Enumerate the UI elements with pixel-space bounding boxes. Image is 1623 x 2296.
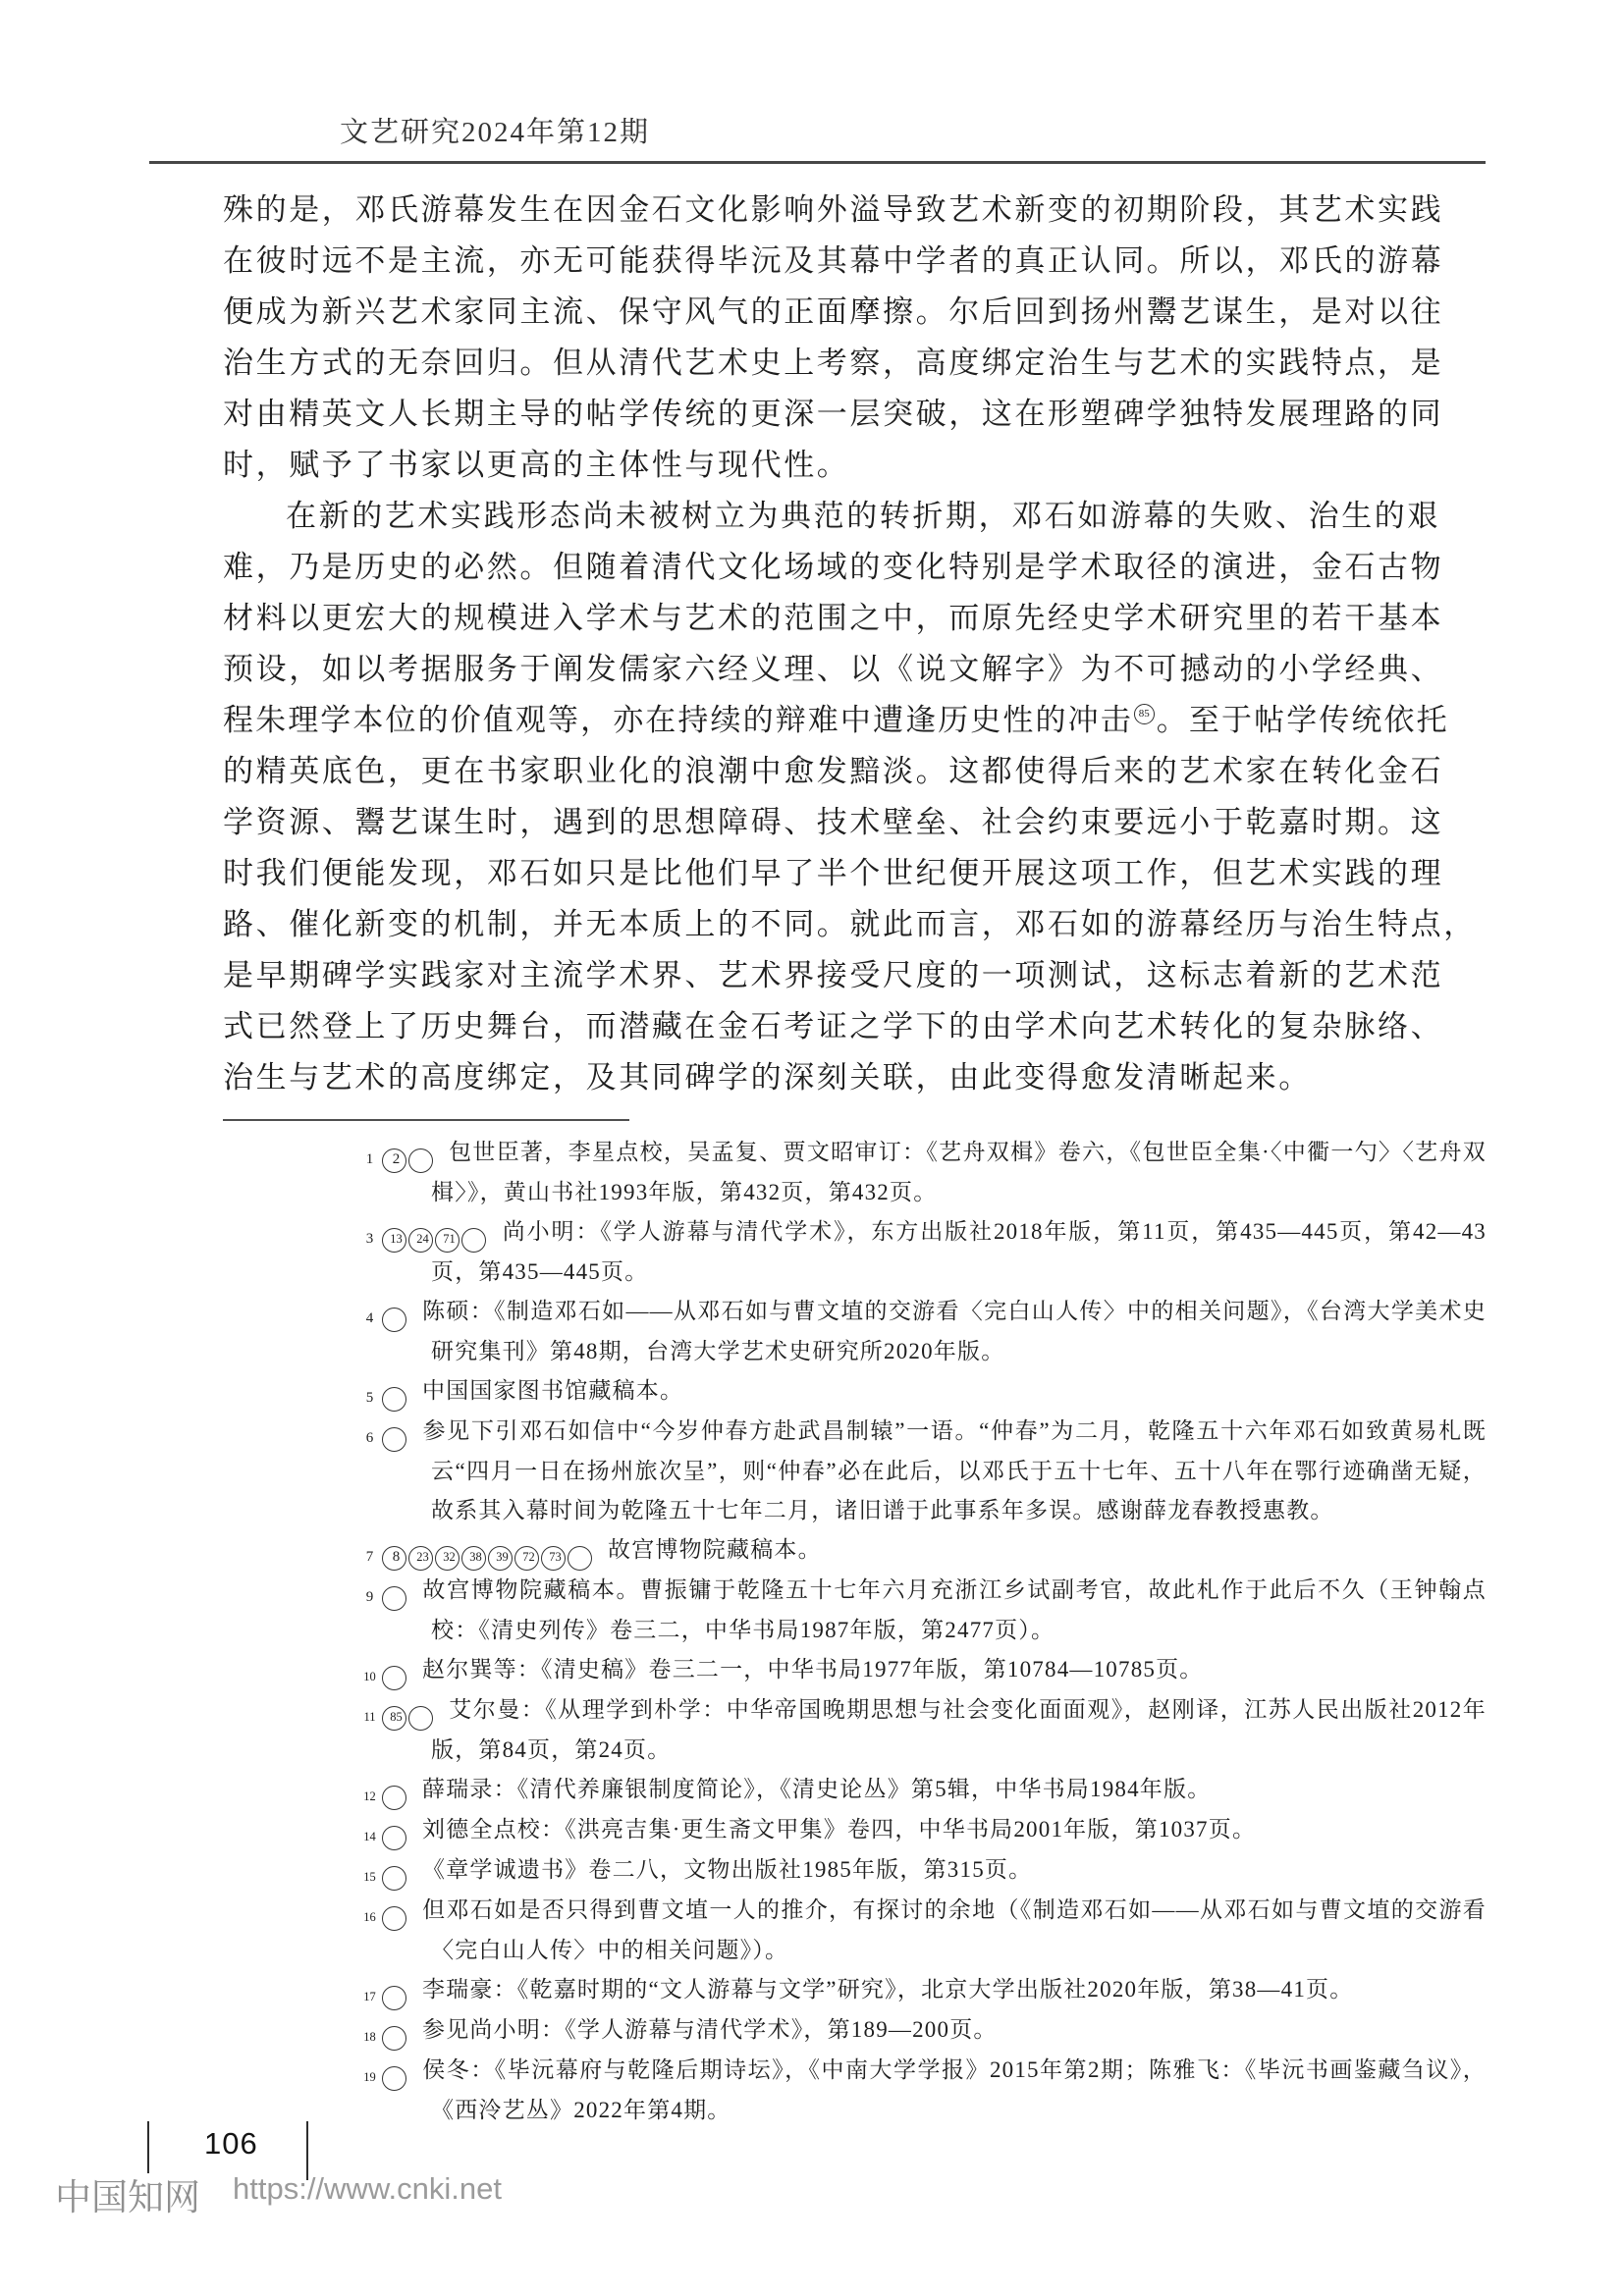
- footnote-text: 赵尔巽等：《清史稿》卷三二一，中华书局1977年版，第10784—10785页。: [422, 1657, 1204, 1682]
- footnote-number-circle: 4: [382, 1308, 406, 1332]
- body-line: 便成为新兴艺术家同主流、保守风气的正面摩擦。尔后回到扬州鬻艺谋生，是对以往: [223, 287, 1491, 338]
- footnote-number-circle: 6: [382, 1427, 406, 1452]
- footnote: 78233238397273故宫博物院藏稿本。: [382, 1530, 1487, 1571]
- footnote-text: 刘德全点校：《洪亮吉集·更生斋文甲集》卷四，中华书局2001年版，第1037页。: [422, 1817, 1256, 1842]
- footnote-number-circle: 2: [408, 1148, 433, 1173]
- footnote: 1185艾尔曼：《从理学到朴学：中华帝国晚期思想与社会变化面面观》，赵刚译，江苏…: [382, 1690, 1487, 1770]
- footnote: 18参见尚小明：《学人游幕与清代学术》，第189—200页。: [382, 2010, 1487, 2051]
- body-line: 学资源、鬻艺谋生时，遇到的思想障碍、技术壁垒、社会约束要远小于乾嘉时期。这: [223, 797, 1491, 848]
- body-text: 殊的是，邓氏游幕发生在因金石文化影响外溢导致艺术新变的初期阶段，其艺术实践在彼时…: [223, 185, 1491, 1103]
- footnote-number-circle: 12: [382, 1786, 406, 1810]
- footnote-number-circle: 16: [382, 1906, 406, 1931]
- footnote-text: 艾尔曼：《从理学到朴学：中华帝国晚期思想与社会变化面面观》，赵刚译，江苏人民出版…: [431, 1697, 1487, 1762]
- footnote-markers: 19: [382, 2057, 408, 2082]
- body-line: 难，乃是历史的必然。但随着清代文化场域的变化特别是学术取径的演进，金石古物: [223, 542, 1491, 593]
- footnote-markers: 14: [382, 1817, 408, 1842]
- footnote-text: 参见尚小明：《学人游幕与清代学术》，第189—200页。: [422, 2017, 998, 2042]
- footnote-text: 薛瑞录：《清代养廉银制度简论》，《清史论丛》第5辑，中华书局1984年版。: [422, 1777, 1211, 1801]
- footnote-markers: 3132471: [382, 1219, 488, 1244]
- footnote-number-circle: 10: [382, 1666, 406, 1690]
- footnote-text: 中国国家图书馆藏稿本。: [422, 1378, 683, 1403]
- footnotes: 12包世臣著，李星点校，吴孟复、贾文昭审订：《艺舟双楫》卷六，《包世臣全集·〈中…: [382, 1133, 1487, 2130]
- footnote-number-circle: 14: [382, 1826, 406, 1850]
- body-line: 时，赋予了书家以更高的主体性与现代性。: [223, 440, 1491, 491]
- footnote-markers: 78233238397273: [382, 1537, 594, 1562]
- footnote-text: 《章学诚遗书》卷二八，文物出版社1985年版，第315页。: [422, 1857, 1032, 1882]
- body-line: 时我们便能发现，邓石如只是比他们早了半个世纪便开展这项工作，但艺术实践的理: [223, 848, 1491, 899]
- footnote: 12薛瑞录：《清代养廉银制度简论》，《清史论丛》第5辑，中华书局1984年版。: [382, 1770, 1487, 1810]
- footnote: 3132471尚小明：《学人游幕与清代学术》，东方出版社2018年版，第11页，…: [382, 1212, 1487, 1292]
- body-line: 在新的艺术实践形态尚未被树立为典范的转折期，邓石如游幕的失败、治生的艰: [223, 491, 1491, 542]
- footnote-number-circle: 5: [382, 1387, 406, 1412]
- footnote: 14刘德全点校：《洪亮吉集·更生斋文甲集》卷四，中华书局2001年版，第1037…: [382, 1810, 1487, 1850]
- footnote: 9故宫博物院藏稿本。曹振镛于乾隆五十七年六月充浙江乡试副考官，故此札作于此后不久…: [382, 1571, 1487, 1650]
- footnote-text: 李瑞豪：《乾嘉时期的“文人游幕与文学”研究》，北京大学出版社2020年版，第38…: [422, 1977, 1353, 2002]
- footnote-markers: 10: [382, 1657, 408, 1682]
- footnote-markers: 9: [382, 1577, 408, 1602]
- footnote-markers: 6: [382, 1418, 408, 1443]
- footnote: 12包世臣著，李星点校，吴孟复、贾文昭审订：《艺舟双楫》卷六，《包世臣全集·〈中…: [382, 1133, 1487, 1212]
- footnote-text: 侯冬：《毕沅幕府与乾隆后期诗坛》，《中南大学学报》2015年第2期；陈雅飞：《毕…: [422, 2057, 1487, 2122]
- journal-header-line: 文艺研究2024年第12期: [340, 110, 650, 150]
- footnote-markers: 4: [382, 1299, 408, 1323]
- footnote-number-circle: 9: [382, 1586, 406, 1611]
- footnote: 4陈硕：《制造邓石如——从邓石如与曹文埴的交游看〈完白山人传〉中的相关问题》，《…: [382, 1292, 1487, 1371]
- body-line: 治生方式的无奈回归。但从清代艺术史上考察，高度绑定治生与艺术的实践特点，是: [223, 338, 1491, 389]
- body-line: 殊的是，邓氏游幕发生在因金石文化影响外溢导致艺术新变的初期阶段，其艺术实践: [223, 185, 1491, 236]
- cnki-watermark-brand: 中国知网: [55, 2167, 200, 2220]
- footnote-number-circle: 17: [382, 1986, 406, 2010]
- footnote-text: 但邓石如是否只得到曹文埴一人的推介，有探讨的余地（《制造邓石如——从邓石如与曹文…: [422, 1897, 1487, 1962]
- footnote-text: 尚小明：《学人游幕与清代学术》，东方出版社2018年版，第11页，第435—44…: [431, 1219, 1487, 1284]
- cnki-watermark-url: https://www.cnki.net: [233, 2171, 502, 2207]
- footnote-text: 陈硕：《制造邓石如——从邓石如与曹文埴的交游看〈完白山人传〉中的相关问题》，《台…: [422, 1299, 1487, 1363]
- footnote-number-circle: 19: [382, 2066, 406, 2091]
- header-rule: [149, 161, 1486, 164]
- footnote-markers: 12: [382, 1140, 435, 1164]
- footnote-number-circle: 71: [461, 1228, 486, 1253]
- body-line: 治生与艺术的高度绑定，及其同碑学的深刻关联，由此变得愈发清晰起来。: [223, 1052, 1491, 1103]
- body-line: 预设，如以考据服务于阐发儒家六经义理、以《说文解字》为不可撼动的小学经典、: [223, 644, 1491, 695]
- page-number: 106: [204, 2126, 258, 2162]
- footnote: 16但邓石如是否只得到曹文埴一人的推介，有探讨的余地（《制造邓石如——从邓石如与…: [382, 1891, 1487, 1970]
- footnote: 5中国国家图书馆藏稿本。: [382, 1371, 1487, 1412]
- footnote-markers: 1185: [382, 1697, 435, 1722]
- footnote-markers: 5: [382, 1378, 408, 1403]
- footnote-markers: 16: [382, 1897, 408, 1922]
- footnote-ref-circle: 85: [1134, 704, 1155, 724]
- footnote: 6参见下引邓石如信中“今岁仲春方赴武昌制辕”一语。“仲春”为二月，乾隆五十六年邓…: [382, 1412, 1487, 1530]
- body-line: 是早期碑学实践家对主流学术界、艺术界接受尺度的一项测试，这标志着新的艺术范: [223, 950, 1491, 1001]
- footnote-separator-rule: [223, 1119, 629, 1121]
- body-line: 材料以更宏大的规模进入学术与艺术的范围之中，而原先经史学术研究里的若干基本: [223, 593, 1491, 644]
- footnote-text: 参见下引邓石如信中“今岁仲春方赴武昌制辕”一语。“仲春”为二月，乾隆五十六年邓石…: [422, 1418, 1487, 1522]
- footnote-number-circle: 85: [408, 1706, 433, 1731]
- body-line: 对由精英文人长期主导的帖学传统的更深一层突破，这在形塑碑学独特发展理路的同: [223, 389, 1491, 440]
- body-line: 式已然登上了历史舞台，而潜藏在金石考证之学下的由学术向艺术转化的复杂脉络、: [223, 1001, 1491, 1052]
- footnote: 19侯冬：《毕沅幕府与乾隆后期诗坛》，《中南大学学报》2015年第2期；陈雅飞：…: [382, 2051, 1487, 2130]
- footnote-markers: 15: [382, 1857, 408, 1882]
- body-line: 程朱理学本位的价值观等，亦在持续的辩难中遭逢历史性的冲击85。至于帖学传统依托: [223, 695, 1491, 746]
- journal-page: 文艺研究2024年第12期 殊的是，邓氏游幕发生在因金石文化影响外溢导致艺术新变…: [0, 0, 1623, 2296]
- footnote-markers: 12: [382, 1777, 408, 1801]
- footnote: 10赵尔巽等：《清史稿》卷三二一，中华书局1977年版，第10784—10785…: [382, 1650, 1487, 1690]
- footnote-number-circle: 15: [382, 1866, 406, 1891]
- footnote-number-circle: 73: [568, 1546, 592, 1571]
- body-line: 路、催化新变的机制，并无本质上的不同。就此而言，邓石如的游幕经历与治生特点，: [223, 899, 1491, 950]
- footnote-text: 包世臣著，李星点校，吴孟复、贾文昭审订：《艺舟双楫》卷六，《包世臣全集·〈中衢一…: [431, 1140, 1487, 1204]
- footnote: 17李瑞豪：《乾嘉时期的“文人游幕与文学”研究》，北京大学出版社2020年版，第…: [382, 1970, 1487, 2010]
- body-line: 在彼时远不是主流，亦无可能获得毕沅及其幕中学者的真正认同。所以，邓氏的游幕: [223, 236, 1491, 287]
- footnote-number-circle: 18: [382, 2026, 406, 2051]
- footnote: 15《章学诚遗书》卷二八，文物出版社1985年版，第315页。: [382, 1850, 1487, 1891]
- footnote-markers: 17: [382, 1977, 408, 2002]
- body-line: 的精英底色，更在书家职业化的浪潮中愈发黯淡。这都使得后来的艺术家在转化金石: [223, 746, 1491, 797]
- footnote-text: 故宫博物院藏稿本。曹振镛于乾隆五十七年六月充浙江乡试副考官，故此札作于此后不久（…: [422, 1577, 1487, 1642]
- page-number-left-bar: [147, 2121, 149, 2173]
- footnote-markers: 18: [382, 2017, 408, 2042]
- footnote-text: 故宫博物院藏稿本。: [608, 1537, 822, 1562]
